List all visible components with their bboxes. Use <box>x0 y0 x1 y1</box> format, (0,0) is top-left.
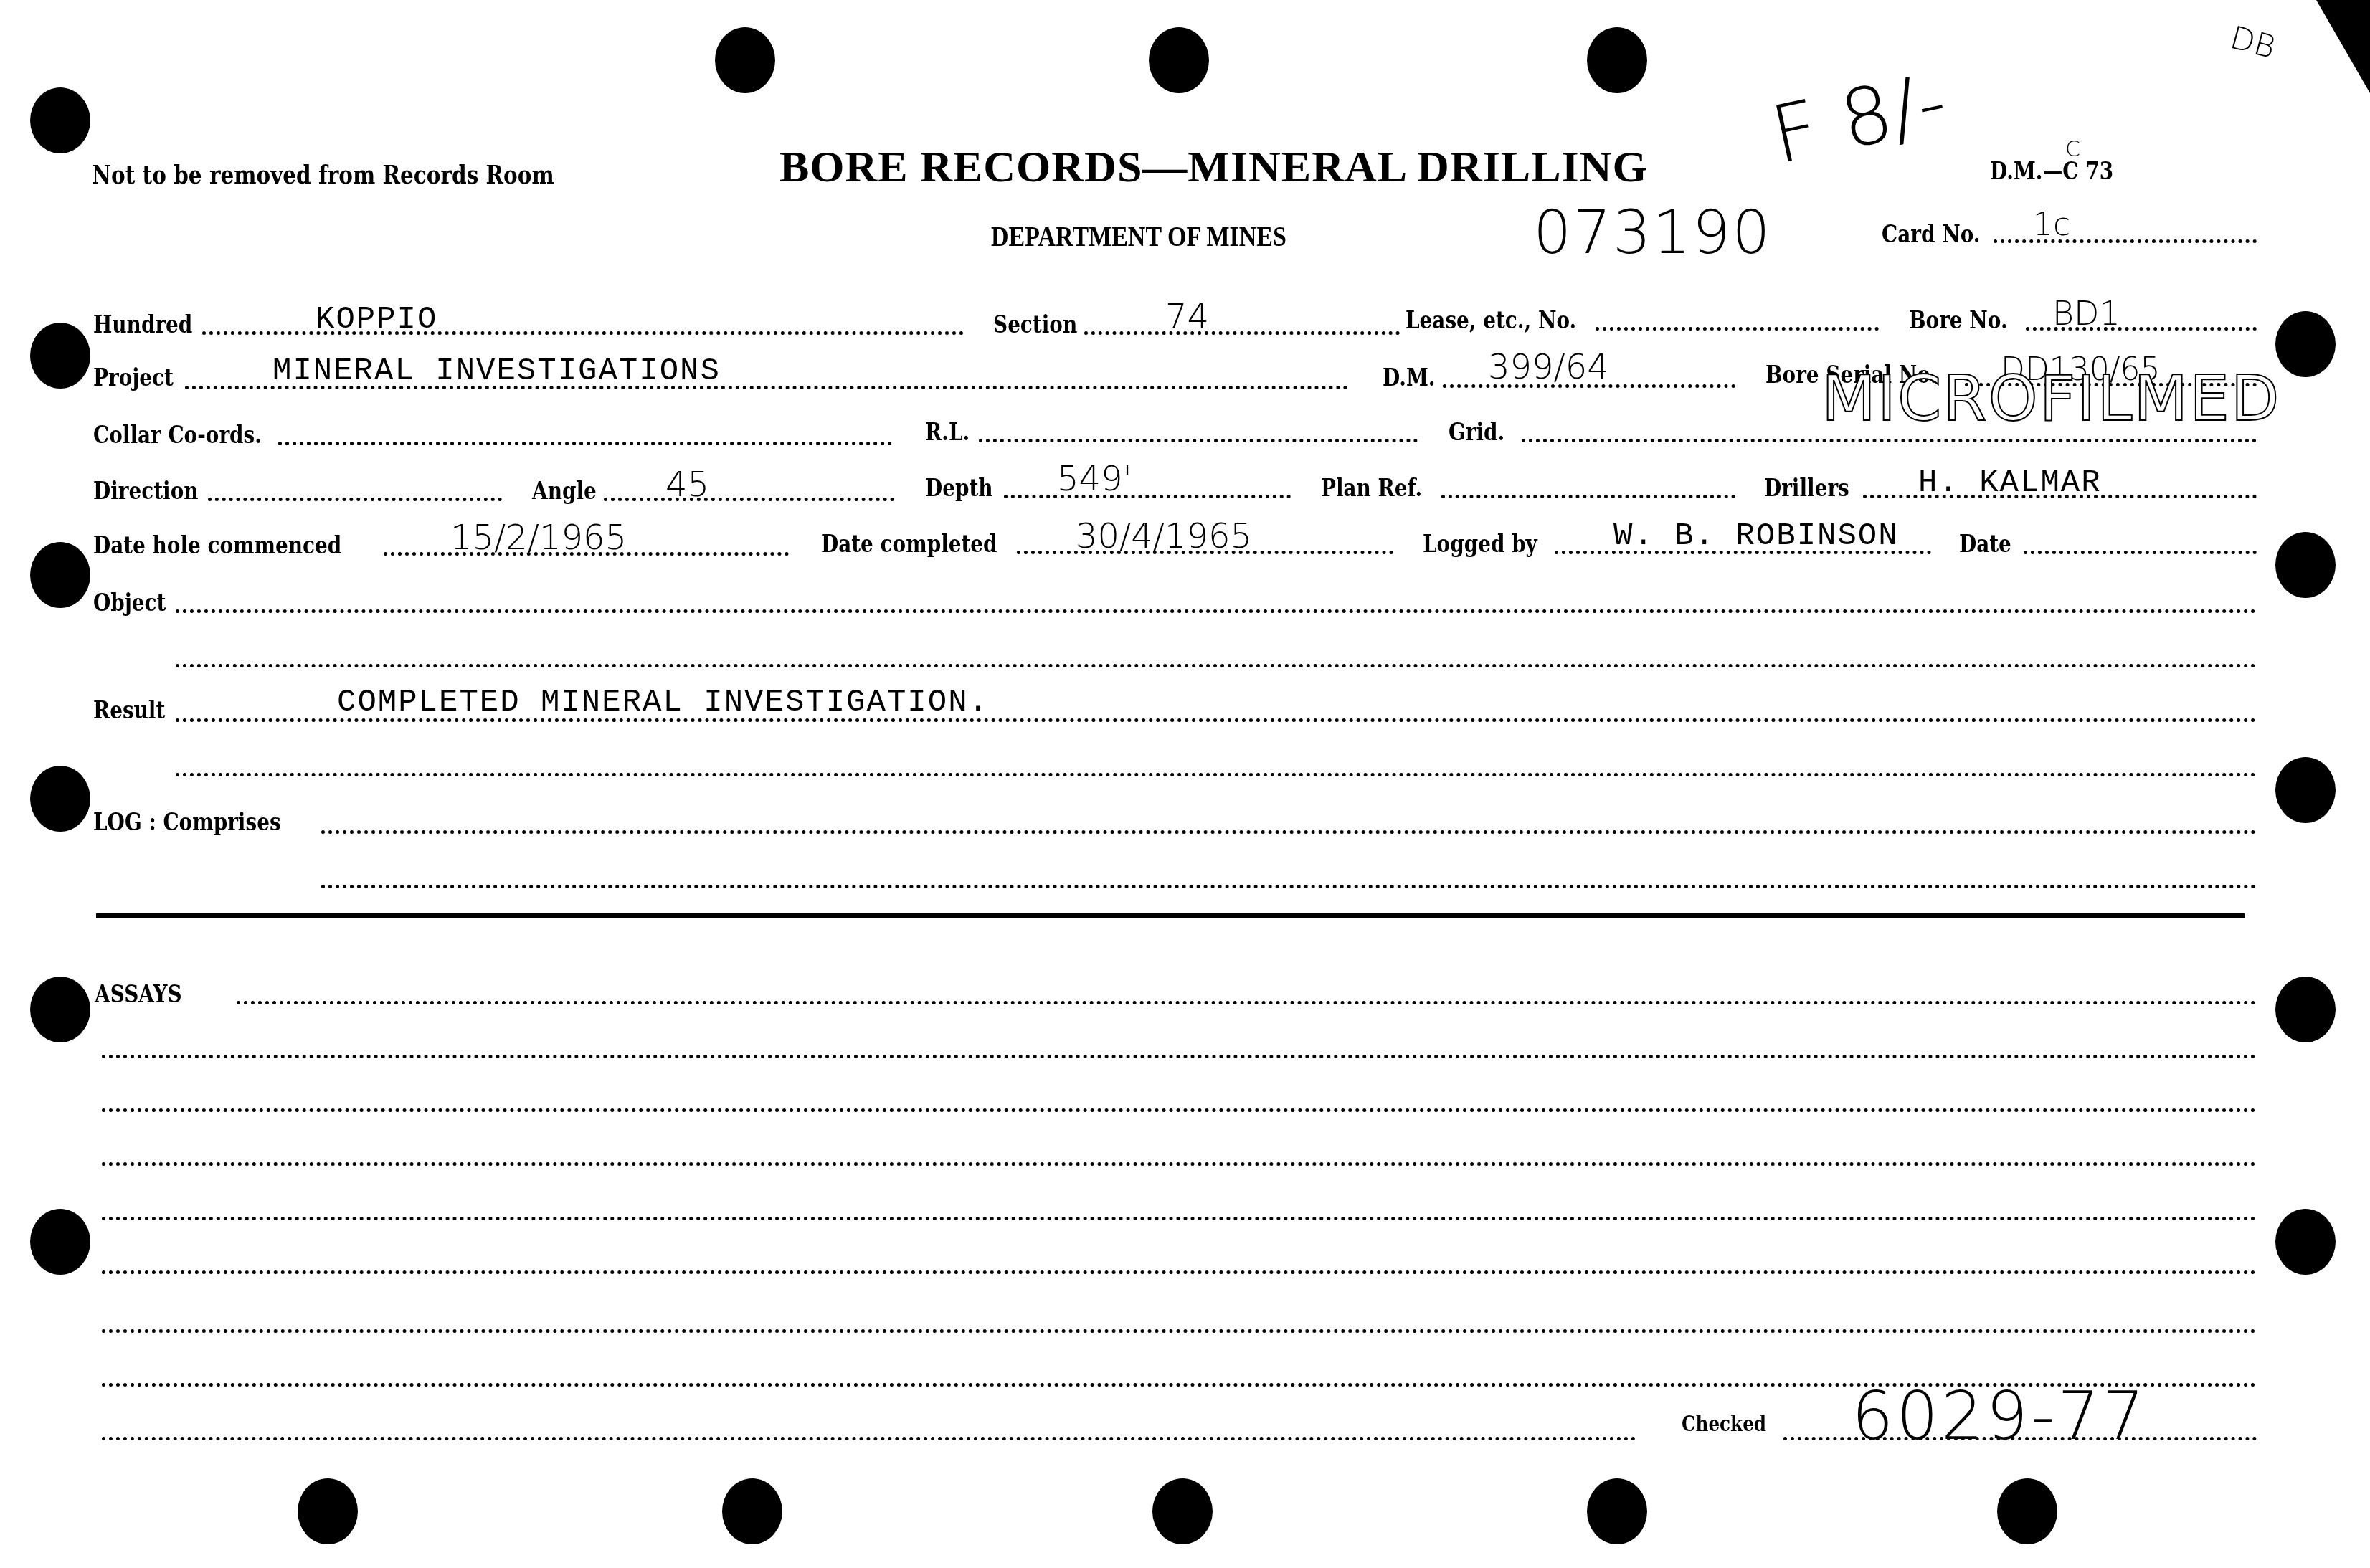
date-completed-label: Date completed <box>821 532 997 556</box>
assay-line[interactable] <box>102 1055 2257 1058</box>
punch-hole <box>1149 27 1209 93</box>
plan-ref-label: Plan Ref. <box>1321 476 1422 500</box>
punch-hole <box>30 977 90 1042</box>
checked-value: 6029-77 <box>1852 1384 2147 1450</box>
assay-line[interactable] <box>102 1217 2257 1220</box>
drillers-label: Drillers <box>1764 476 1849 500</box>
punch-hole <box>2275 1209 2336 1275</box>
assay-line[interactable] <box>102 1108 2257 1112</box>
date-commenced-value: 15/2/1965 <box>450 521 627 555</box>
hundred-value: KOPPIO <box>316 304 437 336</box>
angle-line[interactable] <box>604 498 894 501</box>
punch-hole <box>1587 27 1647 93</box>
form-title: BORE RECORDS—MINERAL DRILLING <box>779 145 1648 189</box>
result-label: Result <box>93 698 165 723</box>
punch-hole <box>1997 1478 2057 1544</box>
hundred-label: Hundred <box>93 313 192 337</box>
log-line[interactable] <box>321 830 2257 834</box>
microfilmed-stamp: MICROFILMED <box>1821 367 2281 430</box>
logged-by-value: W. B. ROBINSON <box>1613 521 1899 552</box>
assay-line-final[interactable] <box>102 1437 1636 1440</box>
checked-label: Checked <box>1682 1414 1766 1435</box>
date-completed-value: 30/4/1965 <box>1076 519 1252 553</box>
punch-hole <box>30 323 90 389</box>
drillers-value: H. KALMAR <box>1918 467 2102 499</box>
punch-hole <box>2275 532 2336 598</box>
rl-label: R.L. <box>925 420 970 445</box>
project-label: Project <box>93 366 174 390</box>
assay-line[interactable] <box>102 1329 2257 1333</box>
punch-hole <box>2275 757 2336 823</box>
punch-hole <box>1152 1478 1213 1544</box>
section-divider <box>96 913 2245 918</box>
depth-value: 549' <box>1057 462 1132 496</box>
direction-line[interactable] <box>208 498 502 501</box>
form-code: D.M.—C 73 <box>1990 159 2113 184</box>
assay-line[interactable] <box>237 1001 2257 1004</box>
log-line-2[interactable] <box>321 885 2257 888</box>
collar-line[interactable] <box>278 442 892 445</box>
grid-label: Grid. <box>1449 420 1504 445</box>
punch-hole <box>298 1478 358 1544</box>
assays-label: ASSAYS <box>95 982 182 1007</box>
depth-line[interactable] <box>1004 495 1291 498</box>
section-label: Section <box>993 313 1077 337</box>
corner-cut <box>2316 0 2370 93</box>
punch-hole <box>2275 977 2336 1042</box>
grid-line[interactable] <box>1522 439 2257 442</box>
punch-hole <box>2275 311 2336 377</box>
date-label: Date <box>1959 532 2011 556</box>
punch-hole <box>30 87 90 153</box>
section-value: 74 <box>1165 300 1209 334</box>
log-label: LOG : Comprises <box>93 810 281 835</box>
project-value: MINERAL INVESTIGATIONS <box>272 356 721 387</box>
logged-by-label: Logged by <box>1423 532 1537 556</box>
card-no-value: 1c <box>2033 209 2070 241</box>
date-line[interactable] <box>2024 551 2257 554</box>
plan-ref-line[interactable] <box>1441 495 1735 498</box>
punch-hole <box>30 766 90 832</box>
rl-line[interactable] <box>979 439 1418 442</box>
assay-line[interactable] <box>102 1162 2257 1166</box>
lease-line[interactable] <box>1596 327 1879 331</box>
object-line-2[interactable] <box>176 664 2257 667</box>
dm-value: 399/64 <box>1488 350 1609 384</box>
dm-label: D.M. <box>1383 366 1435 390</box>
collar-label: Collar Co-ords. <box>93 423 262 447</box>
depth-label: Depth <box>925 476 993 500</box>
result-line-2[interactable] <box>176 773 2257 776</box>
department-name: DEPARTMENT OF MINES <box>991 222 1286 251</box>
result-value: COMPLETED MINERAL INVESTIGATION. <box>337 687 989 718</box>
lease-label: Lease, etc., No. <box>1406 308 1576 333</box>
bore-no-label: Bore No. <box>1909 308 2008 333</box>
angle-value: 45 <box>665 467 709 502</box>
punch-hole <box>722 1478 782 1544</box>
punch-hole <box>30 542 90 608</box>
punch-hole <box>30 1209 90 1275</box>
punch-hole <box>1587 1478 1647 1544</box>
bore-no-value: BD1 <box>2052 297 2120 330</box>
handwritten-ref: F 8/- <box>1765 62 1953 176</box>
card-no-label: Card No. <box>1882 222 1980 247</box>
object-line[interactable] <box>176 609 2257 613</box>
direction-label: Direction <box>93 479 199 503</box>
form-code-annotation: C <box>2065 139 2080 161</box>
record-number: 073190 <box>1533 202 1772 262</box>
punch-hole <box>715 27 775 93</box>
section-line[interactable] <box>1084 331 1400 335</box>
records-room-notice: Not to be removed from Records Room <box>92 162 554 188</box>
object-label: Object <box>93 591 166 615</box>
assay-line[interactable] <box>102 1270 2257 1274</box>
corner-initials: DB <box>2227 22 2278 65</box>
angle-label: Angle <box>532 479 597 503</box>
date-commenced-label: Date hole commenced <box>93 533 341 558</box>
